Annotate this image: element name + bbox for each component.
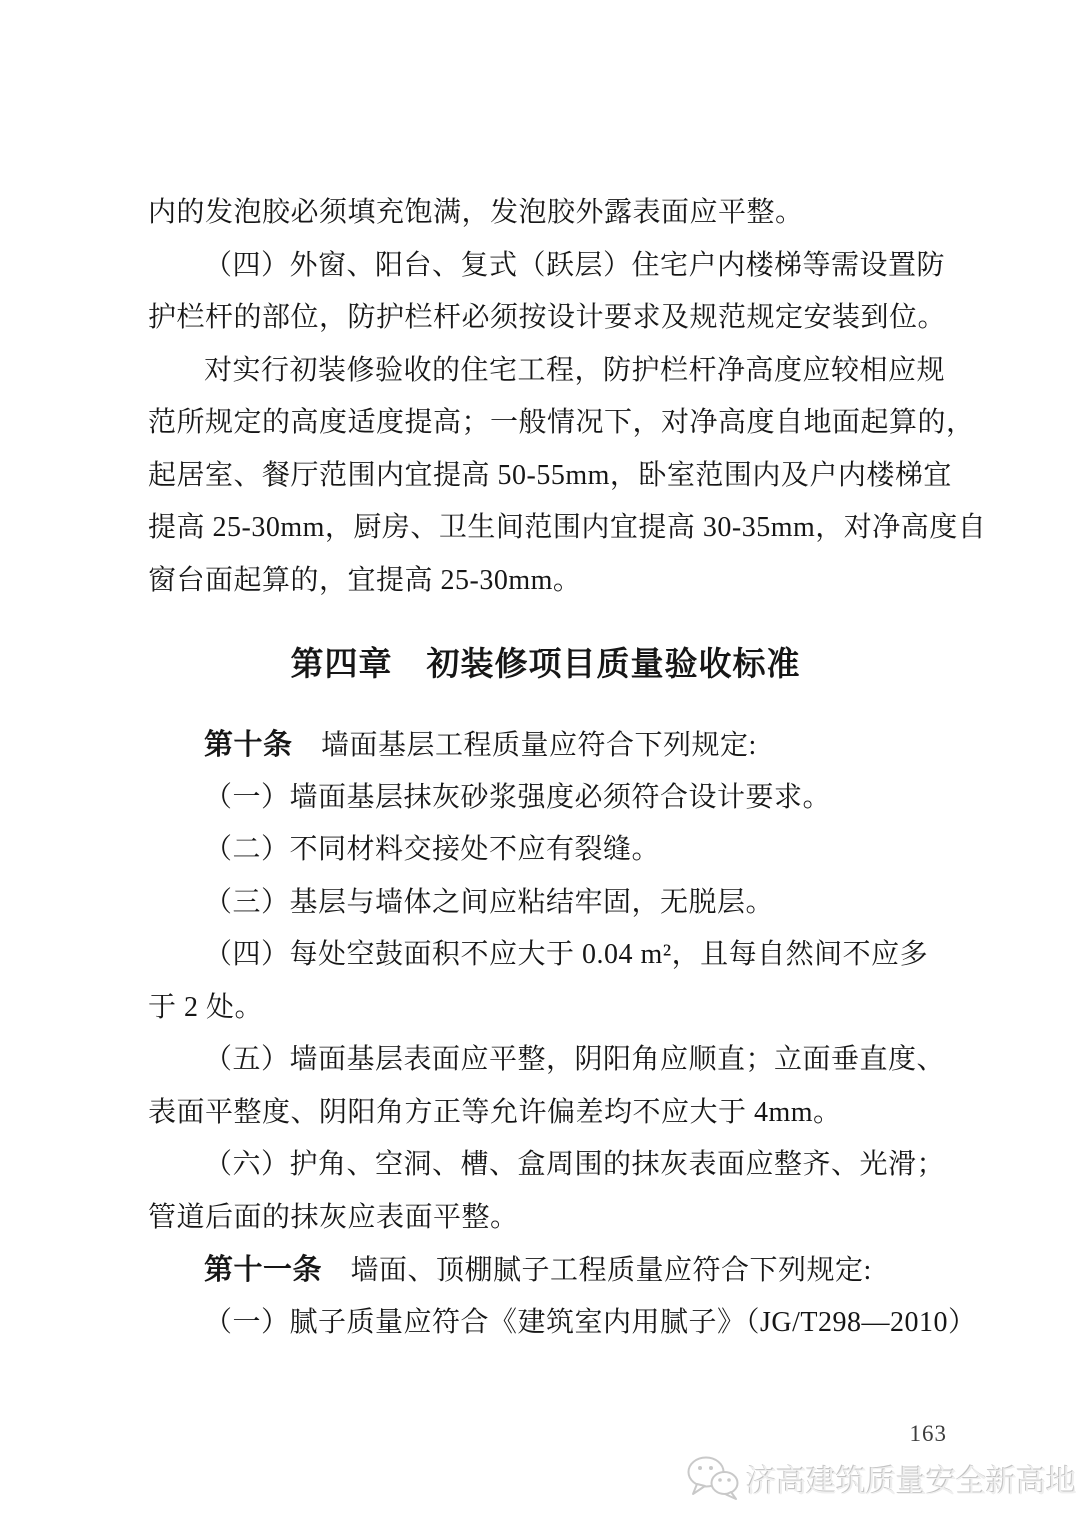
text-line: （五）墙面基层表面应平整，阴阳角应顺直；立面垂直度、 bbox=[148, 1034, 943, 1087]
article-number: 第十一条 bbox=[204, 1254, 322, 1286]
text-line: （一）墙面基层抹灰砂浆强度必须符合设计要求。 bbox=[148, 772, 943, 825]
text-line: 管道后面的抹灰应表面平整。 bbox=[148, 1192, 943, 1245]
text-line: 于 2 处。 bbox=[148, 982, 943, 1035]
document-body: 内的发泡胶必须填充饱满，发泡胶外露表面应平整。（四）外窗、阳台、复式（跃层）住宅… bbox=[148, 187, 943, 1349]
text-line: 表面平整度、阴阳角方正等允许偏差均不应大于 4mm。 bbox=[148, 1087, 943, 1140]
text-line: （二）不同材料交接处不应有裂缝。 bbox=[148, 824, 943, 877]
page-number: 163 bbox=[910, 1421, 948, 1447]
text-line: （六）护角、空洞、槽、盒周围的抹灰表面应整齐、光滑； bbox=[148, 1139, 943, 1192]
text-line: 第十条 墙面基层工程质量应符合下列规定: bbox=[148, 719, 943, 772]
text-line: 护栏杆的部位，防护栏杆必须按设计要求及规范规定安装到位。 bbox=[148, 292, 943, 345]
document-page: 内的发泡胶必须填充饱满，发泡胶外露表面应平整。（四）外窗、阳台、复式（跃层）住宅… bbox=[0, 0, 1080, 1527]
text-line: 范所规定的高度适度提高；一般情况下，对净高度自地面起算的， bbox=[148, 397, 943, 450]
text-line: （四）每处空鼓面积不应大于 0.04 m²，且每自然间不应多 bbox=[148, 929, 943, 982]
text-line: （三）基层与墙体之间应粘结牢固，无脱层。 bbox=[148, 877, 943, 930]
watermark-text: 济高建筑质量安全新高地 bbox=[746, 1456, 1076, 1501]
text-line: 提高 25-30mm，厨房、卫生间范围内宜提高 30-35mm，对净高度自 bbox=[148, 502, 943, 555]
text-line: 窗台面起算的，宜提高 25-30mm。 bbox=[148, 555, 943, 608]
text-line: 内的发泡胶必须填充饱满，发泡胶外露表面应平整。 bbox=[148, 187, 943, 240]
text-line: 对实行初装修验收的住宅工程，防护栏杆净高度应较相应规 bbox=[148, 345, 943, 398]
wechat-icon bbox=[686, 1455, 740, 1501]
article-number: 第十条 bbox=[204, 729, 293, 761]
text-line: （四）外窗、阳台、复式（跃层）住宅户内楼梯等需设置防 bbox=[148, 240, 943, 293]
chapter-heading: 第四章 初装修项目质量验收标准 bbox=[148, 637, 943, 690]
text-line: 第十一条 墙面、顶棚腻子工程质量应符合下列规定: bbox=[148, 1244, 943, 1297]
text-line: （一）腻子质量应符合《建筑室内用腻子》（JG/T298—2010） bbox=[148, 1297, 943, 1350]
text-line: 起居室、餐厅范围内宜提高 50-55mm，卧室范围内及户内楼梯宜 bbox=[148, 450, 943, 503]
watermark: 济高建筑质量安全新高地 bbox=[686, 1455, 1076, 1501]
